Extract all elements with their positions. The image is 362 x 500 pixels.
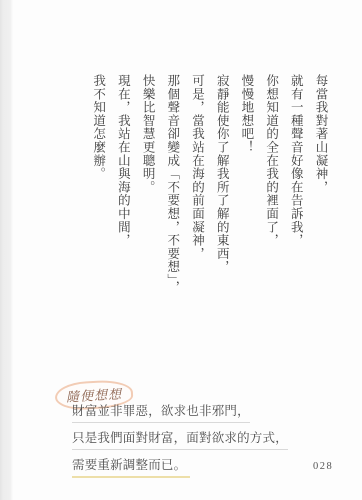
commentary-line-text: 財富並非罪惡，欲求也非邪門， <box>72 401 250 423</box>
poem-line: 快樂比智慧更聰明。 <box>135 74 160 324</box>
poem-line: 每當我對著山凝神， <box>308 74 333 324</box>
commentary-line-text: 只是我們面對財富，面對欲求的方式， <box>72 428 288 450</box>
poem-line: 可是，當我站在海的前面凝神， <box>185 74 210 324</box>
poem-line: 就有一種聲音好像在告訴我， <box>284 74 309 324</box>
poem-line: 你想知道的全在我的裡面了， <box>259 74 284 324</box>
page-gutter-shadow <box>0 0 13 500</box>
page-number: 028 <box>313 461 333 472</box>
commentary-line-text: 需要重新調整而已。 <box>72 455 190 478</box>
poem-line: 慢慢地想吧！ <box>234 74 259 324</box>
poem-vertical-text: 每當我對著山凝神， 就有一種聲音好像在告訴我， 你想知道的全在我的裡面了， 慢慢… <box>86 74 333 324</box>
commentary-line: 只是我們面對財富，面對欲求的方式， <box>72 428 288 450</box>
book-page: 每當我對著山凝神， 就有一種聲音好像在告訴我， 你想知道的全在我的裡面了， 慢慢… <box>0 0 362 500</box>
poem-line: 我不知道怎麼辦。 <box>86 74 111 324</box>
commentary-block: 財富並非罪惡，欲求也非邪門， 只是我們面對財富，面對欲求的方式， 需要重新調整而… <box>72 401 288 483</box>
poem-line: 那個聲音卻變成「不要想，不要想」， <box>160 74 185 324</box>
commentary-line: 財富並非罪惡，欲求也非邪門， <box>72 401 288 423</box>
commentary-line: 需要重新調整而已。 <box>72 455 288 478</box>
poem-line: 現在，我站在山與海的中間， <box>111 74 136 324</box>
poem-line: 寂靜能使你了解我所了解的東西， <box>209 74 234 324</box>
